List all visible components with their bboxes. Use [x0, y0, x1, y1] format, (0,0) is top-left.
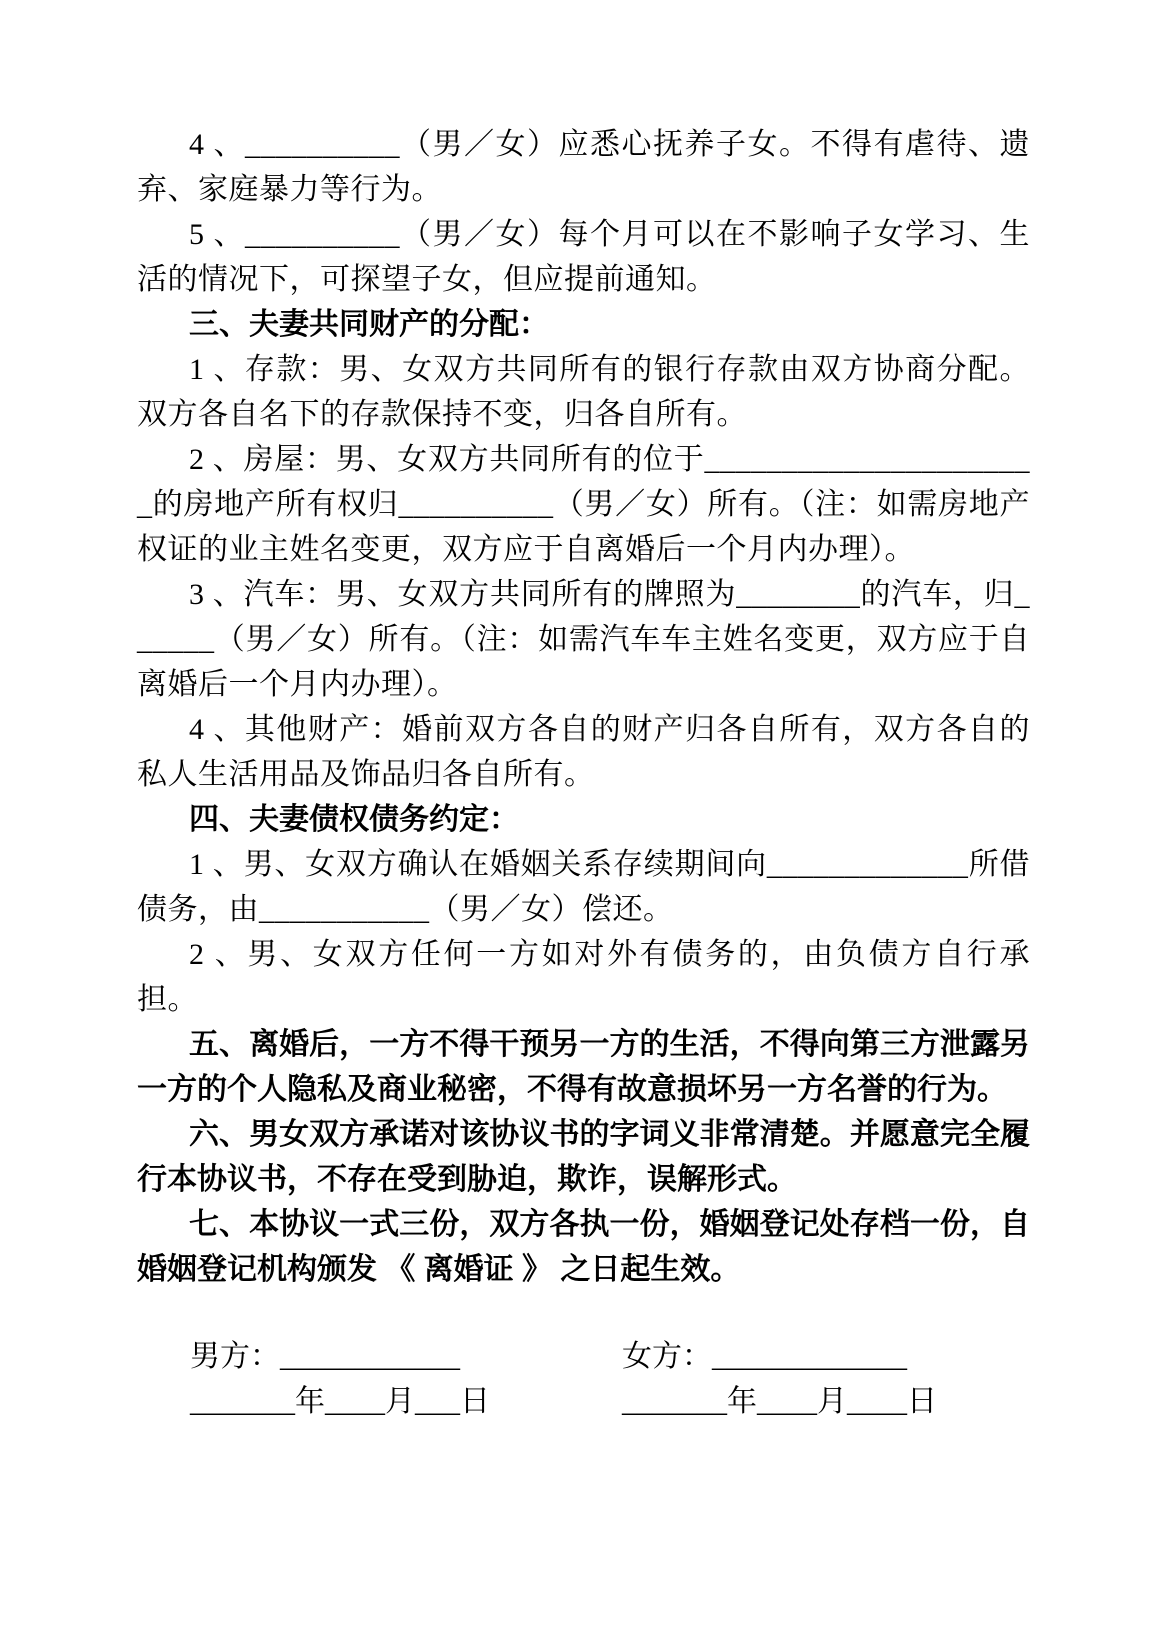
clause-custody-care: 4 、__________（男／女）应悉心抚养子女。不得有虐待、遗弃、家庭暴力等… [137, 122, 1030, 212]
clause-visitation: 5 、__________（男／女）每个月可以在不影响子女学习、生活的情况下，可… [137, 212, 1030, 302]
husband-date-line: _______年____月___日 [137, 1379, 582, 1424]
divorce-agreement-body: 4 、__________（男／女）应悉心抚养子女。不得有虐待、遗弃、家庭暴力等… [137, 122, 1030, 1292]
signature-date-row: _______年____月___日 _______年____月____日 [137, 1379, 1030, 1424]
clause-personal-debt: 2 、男、女双方任何一方如对外有债务的，由负债方自行承担。 [137, 932, 1030, 1022]
clause-deposits: 1 、存款：男、女双方共同所有的银行存款由双方协商分配。双方各自名下的存款保持不… [137, 347, 1030, 437]
wife-date-line: _______年____月____日 [582, 1379, 1030, 1424]
clause-privacy: 五、离婚后，一方不得干预另一方的生活，不得向第三方泄露另一方的个人隐私及商业秘密… [137, 1022, 1030, 1112]
wife-signature-line: 女方：_____________ [582, 1334, 1030, 1379]
document-page: 4 、__________（男／女）应悉心抚养子女。不得有虐待、遗弃、家庭暴力等… [0, 0, 1167, 1651]
signature-name-row: 男方：____________ 女方：_____________ [137, 1334, 1030, 1379]
clause-house: 2 、房屋：男、女双方共同所有的位于______________________… [137, 437, 1030, 572]
clause-joint-debt: 1 、男、女双方确认在婚姻关系存续期间向_____________所借债务，由_… [137, 842, 1030, 932]
heading-property-division: 三、夫妻共同财产的分配： [137, 302, 1030, 347]
clause-understanding: 六、男女双方承诺对该协议书的字词义非常清楚。并愿意完全履行本协议书，不存在受到胁… [137, 1112, 1030, 1202]
clause-effectiveness: 七、本协议一式三份，双方各执一份，婚姻登记处存档一份，自婚姻登记机构颁发 《 离… [137, 1202, 1030, 1292]
husband-signature-line: 男方：____________ [137, 1334, 582, 1379]
clause-other-property: 4 、其他财产：婚前双方各自的财产归各自所有，双方各自的私人生活用品及饰品归各自… [137, 707, 1030, 797]
heading-debts: 四、夫妻债权债务约定： [137, 797, 1030, 842]
clause-car: 3 、汽车：男、女双方共同所有的牌照为________的汽车，归______（男… [137, 572, 1030, 707]
signature-block: 男方：____________ 女方：_____________ _______… [137, 1334, 1030, 1424]
